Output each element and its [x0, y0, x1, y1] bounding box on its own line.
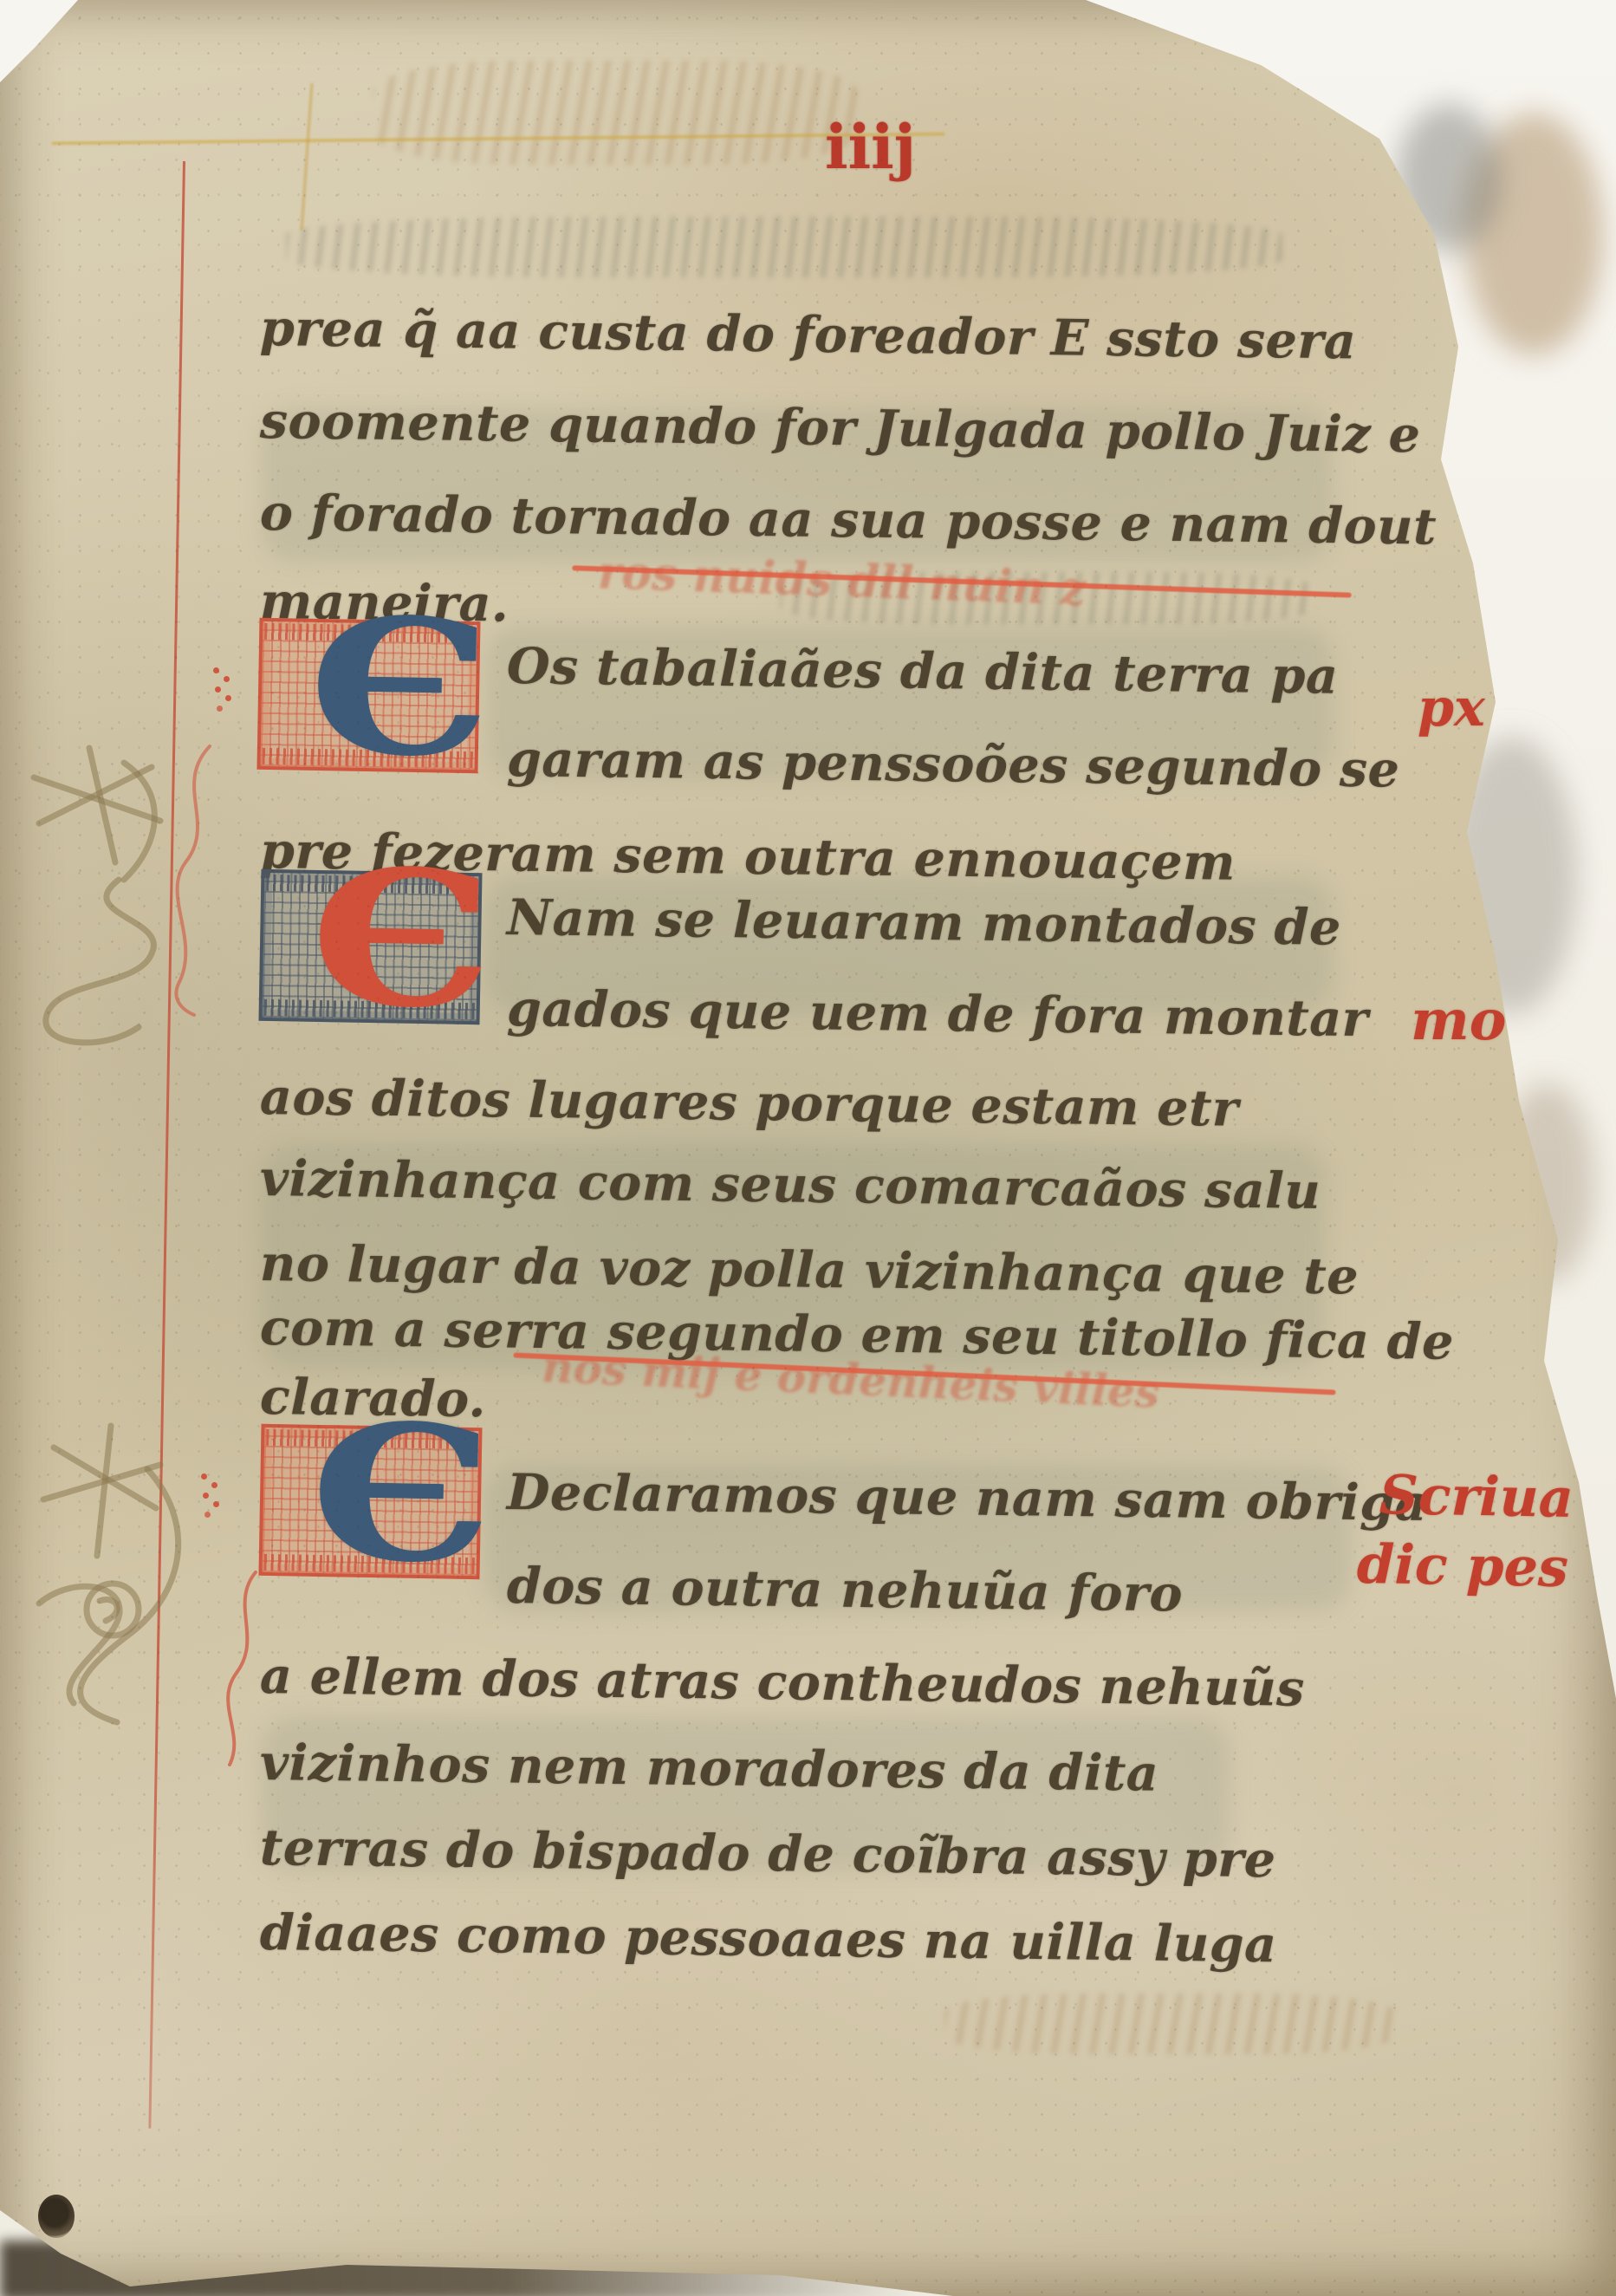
text-line: garam as penssoões segundo se	[507, 730, 1400, 799]
text-line: Nam se leuaram montados de	[507, 888, 1342, 957]
margin-note-mo: mo	[1411, 988, 1506, 1053]
folio-number: iiij	[825, 111, 916, 183]
initial-E-square-2: Є	[258, 869, 482, 1024]
text-line: prea q̃ aa custa do foreador E ssto sera	[260, 299, 1357, 370]
text-line: aos ditos lugares porque estam etr	[260, 1068, 1239, 1138]
margin-note-dic-pes: dic pes	[1356, 1532, 1568, 1599]
initial-E-square-3: Є	[258, 1424, 482, 1579]
red-ruling-line	[148, 161, 185, 2129]
initial-letter: Є	[307, 602, 490, 774]
asterisk-star-lower-doodle	[17, 1417, 260, 1738]
ghost-text-smudge	[373, 61, 858, 165]
margin-note-scriua: Scriua	[1379, 1463, 1574, 1530]
text-line: dos a outra nehuũa foro	[507, 1557, 1184, 1623]
yellow-ruling-stroke	[300, 83, 314, 231]
parchment-page: iiij prea q̃ aa custa do foreador E ssto…	[0, 0, 1616, 2296]
red-flourish-upper	[156, 741, 225, 1018]
margin-note-px: px	[1418, 678, 1485, 738]
red-dot-cluster-1	[213, 667, 219, 673]
text-line: vizinhos nem moradores da dita	[260, 1733, 1159, 1803]
ghost-text-smudge	[286, 217, 1282, 277]
text-line: Declaramos que nam sam obriga	[507, 1463, 1428, 1532]
text-line: terras do bispado de coĩbra assy pre	[260, 1818, 1276, 1889]
text-line: a ellem dos atras contheudos nehuũs	[260, 1647, 1306, 1718]
initial-E-square-1: Є	[256, 618, 480, 773]
text-line: diaaes como pessoaaes na uilla luga	[260, 1903, 1277, 1974]
initial-letter: Є	[308, 853, 492, 1025]
manuscript-scan: iiij prea q̃ aa custa do foreador E ssto…	[0, 0, 1616, 2296]
text-line: Os tabaliaães da dita terra pa	[507, 637, 1339, 706]
text-line: gados que uem de fora montar	[507, 979, 1369, 1048]
initial-letter: Є	[308, 1408, 492, 1580]
ghost-text-smudge	[944, 1994, 1395, 2054]
punch-hole	[38, 2195, 75, 2238]
